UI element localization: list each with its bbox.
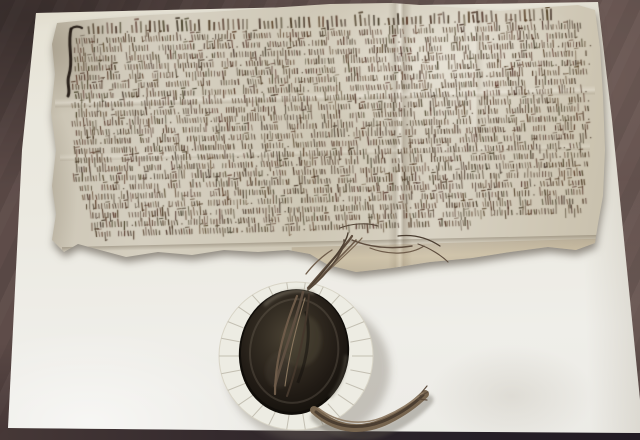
hanging-cords bbox=[306, 224, 448, 290]
seal-assembly bbox=[0, 0, 640, 440]
charter-photo bbox=[0, 0, 640, 440]
